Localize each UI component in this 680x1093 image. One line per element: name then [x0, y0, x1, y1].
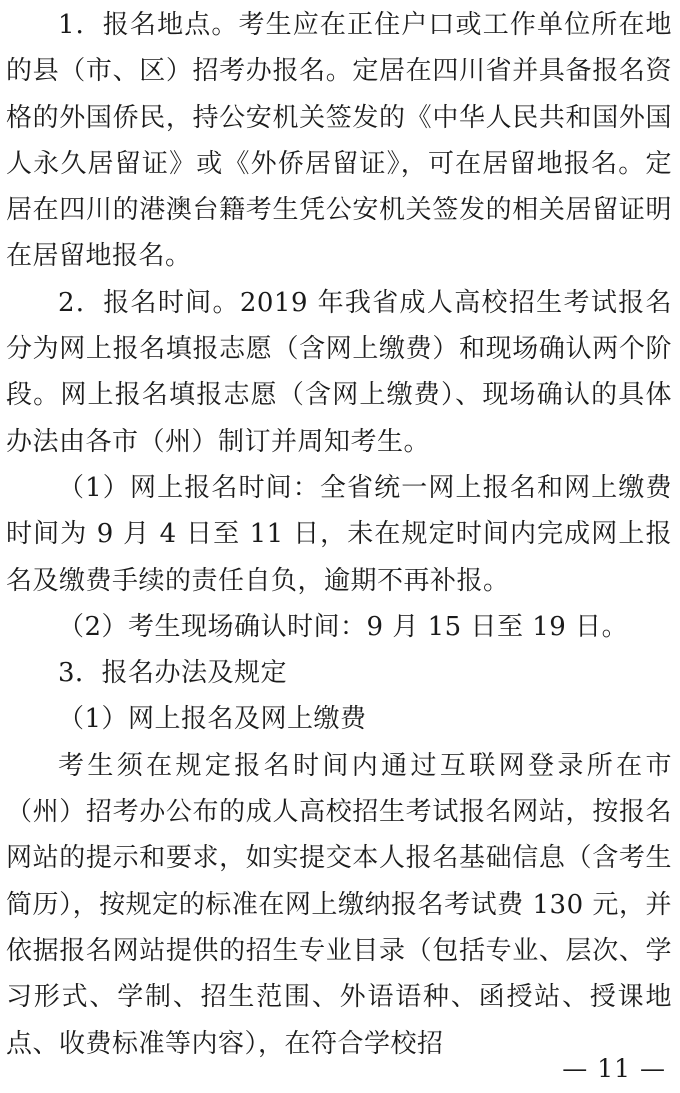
page-number: — 11 — — [562, 1055, 666, 1083]
heading-registration-method: 3．报名办法及规定 — [6, 650, 672, 696]
heading-online-registration-payment: （1）网上报名及网上缴费 — [6, 696, 672, 742]
paragraph-registration-location: 1．报名地点。考生应在正住户口或工作单位所在地的县（市、区）招考办报名。定居在四… — [6, 2, 672, 280]
document-page: 1．报名地点。考生应在正住户口或工作单位所在地的县（市、区）招考办报名。定居在四… — [0, 0, 680, 1093]
document-body: 1．报名地点。考生应在正住户口或工作单位所在地的县（市、区）招考办报名。定居在四… — [6, 2, 672, 1067]
paragraph-online-registration-time: （1）网上报名时间：全省统一网上报名和网上缴费时间为 9 月 4 日至 11 日… — [6, 465, 672, 604]
paragraph-onsite-confirmation-time: （2）考生现场确认时间：9 月 15 日至 19 日。 — [6, 604, 672, 650]
paragraph-registration-time: 2．报名时间。2019 年我省成人高校招生考试报名分为网上报名填报志愿（含网上缴… — [6, 280, 672, 465]
paragraph-online-registration-detail: 考生须在规定报名时间内通过互联网登录所在市（州）招考办公布的成人高校招生考试报名… — [6, 743, 672, 1067]
